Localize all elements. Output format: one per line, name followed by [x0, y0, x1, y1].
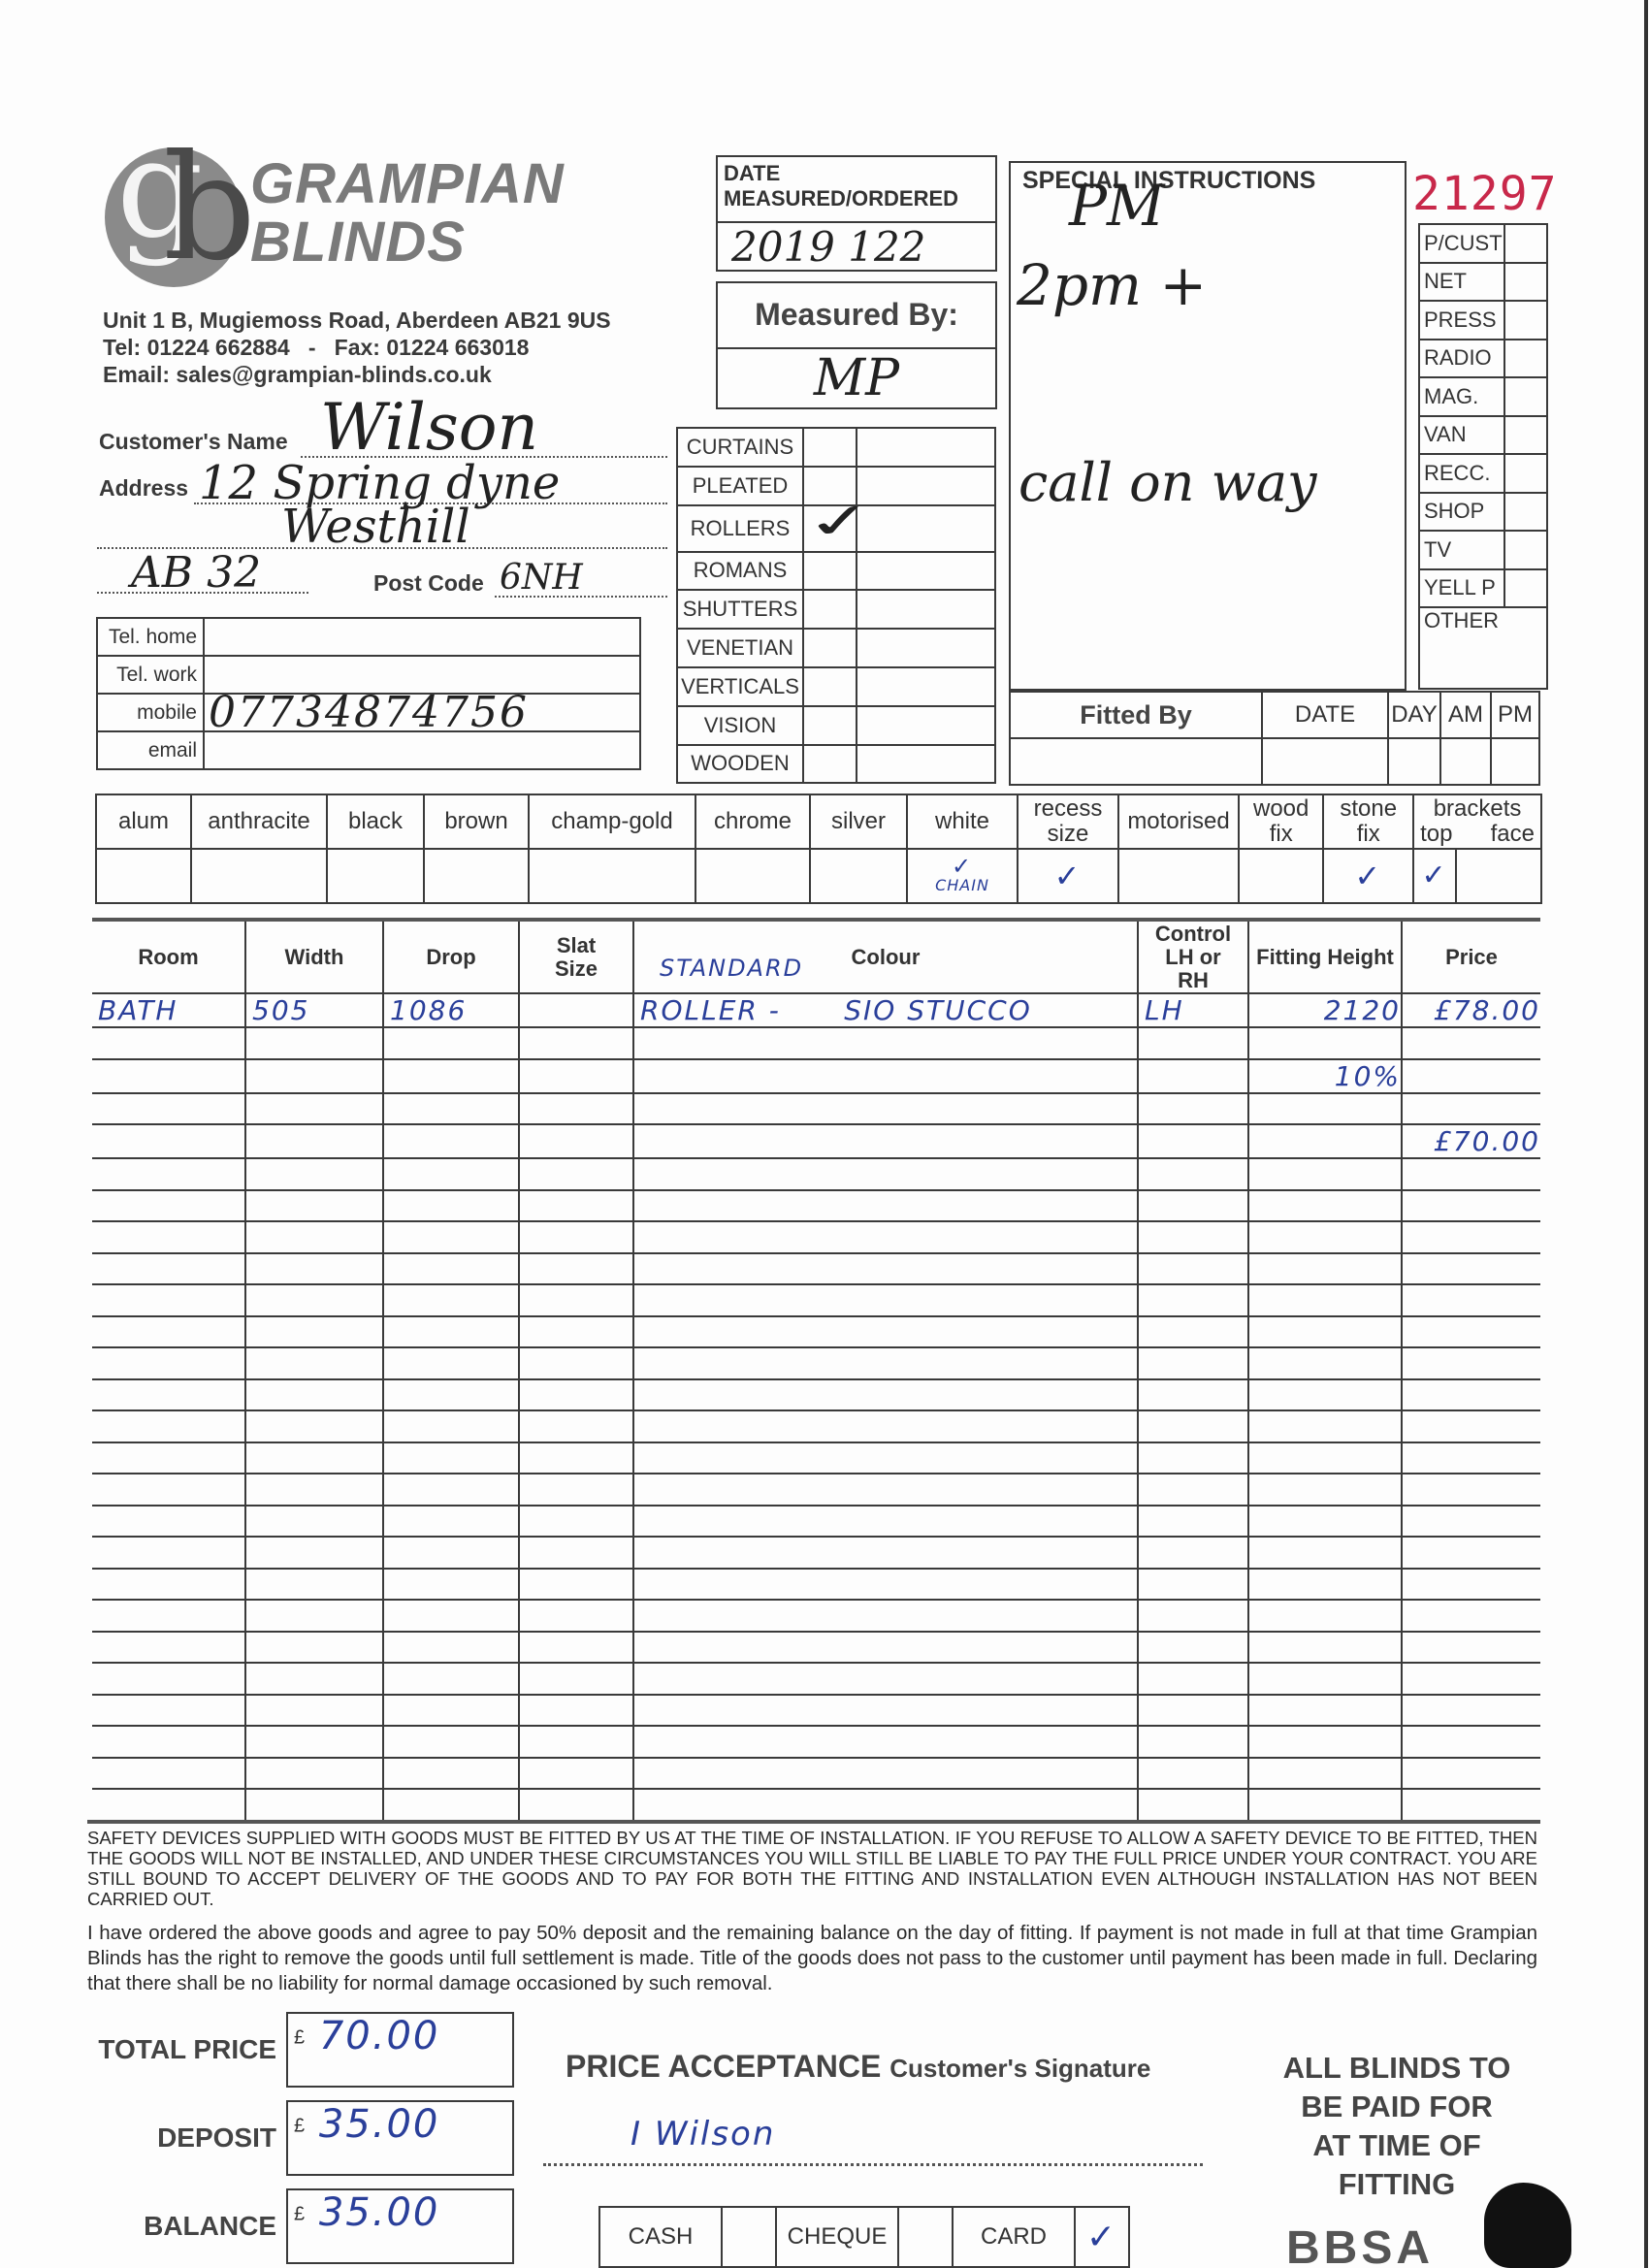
cell-control[interactable] [1138, 1347, 1248, 1379]
cell-fitting-height[interactable] [1248, 1695, 1402, 1727]
options-header-row: alum anthracite black brown champ-gold c… [96, 794, 1541, 849]
payment-card-checkbox[interactable]: ✓ [1075, 2207, 1129, 2267]
lead-source-label: TV [1419, 531, 1504, 569]
cell-room[interactable] [92, 1726, 245, 1758]
cell-fitting-height[interactable] [1248, 1316, 1402, 1348]
cell-room[interactable] [92, 1379, 245, 1411]
blind-type-notes[interactable] [857, 428, 995, 467]
cell-fitting-height[interactable] [1248, 1789, 1402, 1821]
cell-slat-size[interactable] [519, 1600, 633, 1632]
cell-fitting-height[interactable] [1248, 1027, 1402, 1059]
cell-slat-size[interactable] [519, 1284, 633, 1316]
cell-control[interactable] [1138, 1093, 1248, 1125]
cell-width[interactable] [245, 1093, 383, 1125]
cell-width[interactable] [245, 1663, 383, 1695]
cell-price[interactable] [1402, 1632, 1540, 1664]
cell-control[interactable] [1138, 1569, 1248, 1601]
cell-drop[interactable] [383, 1253, 519, 1285]
cell-control[interactable] [1138, 1124, 1248, 1158]
cell-width[interactable] [245, 1569, 383, 1601]
blind-type-row: VENETIAN [677, 629, 995, 667]
cell-room[interactable] [92, 1506, 245, 1538]
cell-price[interactable] [1402, 1158, 1540, 1190]
cell-fitting-height[interactable] [1248, 1537, 1402, 1569]
cell-slat-size[interactable] [519, 1663, 633, 1695]
postcode-label: Post Code [373, 570, 484, 597]
cell-control[interactable] [1138, 1158, 1248, 1190]
cell-fitting-height[interactable] [1248, 1474, 1402, 1506]
special-instruction-line: 2pm + [1017, 252, 1207, 318]
cell-colour[interactable] [633, 1537, 1138, 1569]
cell-width[interactable] [245, 1726, 383, 1758]
cell-drop[interactable] [383, 1695, 519, 1727]
cell-price[interactable]: £78.00 [1402, 993, 1540, 1027]
lead-source-checkbox[interactable] [1504, 454, 1547, 493]
cell-slat-size[interactable] [519, 1632, 633, 1664]
cell-fitting-height[interactable] [1248, 1758, 1402, 1790]
postcode-value[interactable]: 6NH [500, 558, 583, 598]
cell-control[interactable]: LH [1138, 993, 1248, 1027]
cell-fitting-height[interactable] [1248, 1442, 1402, 1474]
cell-price[interactable] [1402, 1695, 1540, 1727]
cell-slat-size[interactable] [519, 1537, 633, 1569]
cell-price[interactable] [1402, 1284, 1540, 1316]
cell-price[interactable] [1402, 1600, 1540, 1632]
lead-source-checkbox[interactable] [1504, 531, 1547, 569]
cell-room[interactable] [92, 1474, 245, 1506]
cell-control[interactable] [1138, 1632, 1248, 1664]
cell-drop[interactable] [383, 1124, 519, 1158]
cell-control[interactable] [1138, 1379, 1248, 1411]
lead-source-other[interactable]: OTHER [1419, 607, 1547, 689]
cell-fitting-height[interactable] [1248, 1124, 1402, 1158]
fitting-am-field[interactable] [1440, 738, 1491, 785]
cell-room[interactable] [92, 1221, 245, 1253]
balance-field[interactable]: £ 35.00 [286, 2188, 514, 2264]
fitting-pm-field[interactable] [1491, 738, 1539, 785]
cell-room[interactable] [92, 1158, 245, 1190]
recess-size-field[interactable]: ✓ [1018, 849, 1118, 903]
blind-type-notes[interactable] [857, 629, 995, 667]
cell-slat-size[interactable] [519, 1442, 633, 1474]
cell-fitting-height[interactable] [1248, 1158, 1402, 1190]
date-value[interactable]: 2019 122 [718, 223, 995, 272]
cell-drop[interactable] [383, 1059, 519, 1093]
option-chrome: chrome [695, 794, 810, 849]
address-value-3[interactable]: AB 32 [131, 548, 261, 598]
cell-drop[interactable] [383, 1190, 519, 1222]
cell-room[interactable] [92, 1059, 245, 1093]
cell-fitting-height[interactable] [1248, 1663, 1402, 1695]
anthracite-field[interactable] [191, 849, 327, 903]
white-field[interactable]: ✓ CHAIN [907, 849, 1018, 903]
cell-colour[interactable] [633, 1221, 1138, 1253]
lead-source-checkbox[interactable] [1504, 263, 1547, 302]
special-instructions-box[interactable]: SPECIAL INSTRUCTIONS PM 2pm + call on wa… [1009, 161, 1406, 691]
cell-slat-size[interactable] [519, 1474, 633, 1506]
cell-room[interactable] [92, 1537, 245, 1569]
option-silver: silver [810, 794, 907, 849]
cell-slat-size[interactable] [519, 1027, 633, 1059]
lead-source-checkbox[interactable] [1504, 340, 1547, 378]
cell-fitting-height[interactable] [1248, 1726, 1402, 1758]
total-price-field[interactable]: £ 70.00 [286, 2012, 514, 2088]
cell-drop[interactable] [383, 1726, 519, 1758]
cell-drop[interactable] [383, 1027, 519, 1059]
lead-source-table: P/CUST NET PRESS RADIO MAG. VAN RECC. SH… [1418, 223, 1548, 690]
wood-fix-field[interactable] [1239, 849, 1323, 903]
cell-price[interactable] [1402, 1569, 1540, 1601]
cell-control[interactable] [1138, 1190, 1248, 1222]
cell-colour[interactable] [633, 1506, 1138, 1538]
cell-slat-size[interactable] [519, 1569, 633, 1601]
cell-control[interactable] [1138, 1789, 1248, 1821]
mobile-field[interactable]: 07734874756 [204, 694, 640, 731]
cell-control[interactable] [1138, 1600, 1248, 1632]
cell-colour[interactable] [633, 1726, 1138, 1758]
cell-colour[interactable] [633, 1093, 1138, 1125]
table-row [92, 1506, 1540, 1538]
cell-fitting-height[interactable] [1248, 1253, 1402, 1285]
cell-drop[interactable] [383, 1569, 519, 1601]
cell-fitting-height[interactable] [1248, 1506, 1402, 1538]
cell-price[interactable] [1402, 1537, 1540, 1569]
lead-source-checkbox[interactable] [1504, 224, 1547, 263]
cell-colour[interactable] [633, 1253, 1138, 1285]
brown-field[interactable] [424, 849, 529, 903]
cell-slat-size[interactable] [519, 1506, 633, 1538]
cell-control[interactable] [1138, 1316, 1248, 1348]
blind-type-notes[interactable] [857, 467, 995, 505]
cell-price[interactable] [1402, 1663, 1540, 1695]
cell-drop[interactable] [383, 1758, 519, 1790]
cell-width[interactable] [245, 1284, 383, 1316]
cell-width[interactable] [245, 1537, 383, 1569]
cell-width[interactable] [245, 1758, 383, 1790]
cell-slat-size[interactable] [519, 1789, 633, 1821]
motorised-field[interactable] [1118, 849, 1239, 903]
cell-colour[interactable] [633, 1379, 1138, 1411]
cell-drop[interactable] [383, 1221, 519, 1253]
blind-type-notes[interactable] [857, 590, 995, 629]
cell-room[interactable] [92, 1253, 245, 1285]
cell-width[interactable] [245, 1316, 383, 1348]
deposit-row: DEPOSIT £ 35.00 [82, 2100, 514, 2176]
cell-colour[interactable] [633, 1316, 1138, 1348]
cell-room[interactable] [92, 1316, 245, 1348]
lead-source-row: RADIO [1419, 340, 1547, 378]
cell-colour[interactable] [633, 1284, 1138, 1316]
fitting-day-field[interactable] [1388, 738, 1440, 785]
cell-fitting-height[interactable] [1248, 1600, 1402, 1632]
bbsa-logo: BBSA [1286, 2221, 1434, 2268]
cell-drop[interactable] [383, 1347, 519, 1379]
cell-slat-size[interactable] [519, 1379, 633, 1411]
cell-width[interactable] [245, 1059, 383, 1093]
cell-room[interactable] [92, 1190, 245, 1222]
cell-drop[interactable]: 1086 [383, 993, 519, 1027]
cell-fitting-height[interactable] [1248, 1347, 1402, 1379]
cell-price[interactable] [1402, 1190, 1540, 1222]
cell-width[interactable] [245, 1506, 383, 1538]
cell-colour[interactable] [633, 1124, 1138, 1158]
cell-width[interactable] [245, 1221, 383, 1253]
cell-control[interactable] [1138, 1442, 1248, 1474]
cell-room[interactable]: BATH [92, 993, 245, 1027]
blind-type-notes[interactable] [857, 745, 995, 784]
contact-label: email [97, 731, 204, 769]
cell-colour[interactable] [633, 1663, 1138, 1695]
cell-price[interactable] [1402, 1253, 1540, 1285]
address-value-2[interactable]: Westhill [281, 500, 470, 554]
cell-slat-size[interactable] [519, 1316, 633, 1348]
cell-room[interactable] [92, 1600, 245, 1632]
lead-source-checkbox[interactable] [1504, 377, 1547, 416]
cell-fitting-height[interactable] [1248, 1410, 1402, 1442]
cell-control[interactable] [1138, 1284, 1248, 1316]
cell-slat-size[interactable] [519, 1695, 633, 1727]
cell-price[interactable] [1402, 1093, 1540, 1125]
cell-width[interactable] [245, 1253, 383, 1285]
cell-width[interactable] [245, 1410, 383, 1442]
blind-type-notes[interactable] [857, 706, 995, 745]
cell-fitting-height[interactable] [1248, 1284, 1402, 1316]
measured-by-value[interactable]: MP [718, 349, 995, 407]
lead-source-checkbox[interactable] [1504, 301, 1547, 340]
deposit-field[interactable]: £ 35.00 [286, 2100, 514, 2176]
cell-price[interactable] [1402, 1027, 1540, 1059]
stone-fix-field[interactable]: ✓ [1323, 849, 1413, 903]
cell-fitting-height[interactable] [1248, 1632, 1402, 1664]
cell-drop[interactable] [383, 1379, 519, 1411]
customer-name-value[interactable]: Wilson [320, 390, 538, 465]
cell-price[interactable] [1402, 1221, 1540, 1253]
payment-card-label: CARD [953, 2207, 1075, 2267]
total-price-row: TOTAL PRICE £ 70.00 [82, 2012, 514, 2088]
cell-colour[interactable] [633, 1059, 1138, 1093]
cell-width[interactable] [245, 1632, 383, 1664]
cell-slat-size[interactable] [519, 1190, 633, 1222]
cell-room[interactable] [92, 1569, 245, 1601]
cell-fitting-height[interactable] [1248, 1569, 1402, 1601]
cell-width[interactable] [245, 1027, 383, 1059]
cell-slat-size[interactable] [519, 1410, 633, 1442]
cell-slat-size[interactable] [519, 1221, 633, 1253]
cell-colour[interactable] [633, 1027, 1138, 1059]
company-tel-fax: Tel: 01224 662884 - Fax: 01224 663018 [103, 334, 611, 361]
blind-type-checkbox[interactable] [803, 745, 857, 784]
cell-colour[interactable] [633, 1474, 1138, 1506]
cell-colour[interactable] [633, 1158, 1138, 1190]
cell-fitting-height[interactable] [1248, 1093, 1402, 1125]
blind-type-notes[interactable] [857, 552, 995, 591]
fitted-by-field[interactable] [1010, 738, 1262, 785]
cell-colour[interactable] [633, 1632, 1138, 1664]
cell-price[interactable] [1402, 1316, 1540, 1348]
lead-source-label: P/CUST [1419, 224, 1504, 263]
blind-type-checkbox[interactable] [803, 667, 857, 706]
cell-price[interactable] [1402, 1347, 1540, 1379]
cell-room[interactable] [92, 1758, 245, 1790]
cell-fitting-height[interactable] [1248, 1379, 1402, 1411]
cell-slat-size[interactable] [519, 1347, 633, 1379]
cell-colour[interactable] [633, 1442, 1138, 1474]
cell-control[interactable] [1138, 1059, 1248, 1093]
cell-control[interactable] [1138, 1537, 1248, 1569]
cell-colour[interactable] [633, 1190, 1138, 1222]
cell-drop[interactable] [383, 1410, 519, 1442]
cell-price[interactable] [1402, 1410, 1540, 1442]
champ-gold-field[interactable] [529, 849, 695, 903]
customer-signature[interactable]: I Wilson [630, 2115, 775, 2154]
payment-cheque-checkbox[interactable] [898, 2207, 953, 2267]
cell-width[interactable] [245, 1347, 383, 1379]
cell-drop[interactable] [383, 1632, 519, 1664]
blind-type-checkbox[interactable] [803, 590, 857, 629]
cell-fitting-height[interactable]: 10% [1248, 1059, 1402, 1093]
cell-width[interactable] [245, 1158, 383, 1190]
alum-field[interactable] [96, 849, 191, 903]
cell-slat-size[interactable] [519, 1253, 633, 1285]
cell-fitting-height[interactable] [1248, 1190, 1402, 1222]
blind-type-label: VENETIAN [677, 629, 803, 667]
brackets-top-field[interactable]: ✓ [1413, 849, 1456, 903]
cell-colour[interactable] [633, 1600, 1138, 1632]
option-wood-fix: wood fix [1239, 794, 1323, 849]
cell-drop[interactable] [383, 1316, 519, 1348]
cell-control[interactable] [1138, 1027, 1248, 1059]
cell-control[interactable] [1138, 1410, 1248, 1442]
cell-colour[interactable] [633, 1410, 1138, 1442]
blind-type-checkbox-checked[interactable]: ✓ [803, 505, 857, 552]
silver-field[interactable] [810, 849, 907, 903]
cell-width[interactable] [245, 1695, 383, 1727]
fitting-date-field[interactable] [1262, 738, 1388, 785]
cell-width[interactable] [245, 1124, 383, 1158]
cell-price[interactable]: £70.00 [1402, 1124, 1540, 1158]
cell-control[interactable] [1138, 1726, 1248, 1758]
cell-slat-size[interactable] [519, 1726, 633, 1758]
brackets-face-field[interactable] [1456, 849, 1541, 903]
cell-price[interactable] [1402, 1506, 1540, 1538]
cell-room[interactable] [92, 1093, 245, 1125]
brackets-top-label: top [1420, 822, 1452, 847]
cell-drop[interactable] [383, 1537, 519, 1569]
cell-price[interactable] [1402, 1059, 1540, 1093]
option-anthracite: anthracite [191, 794, 327, 849]
blind-type-checkbox[interactable] [803, 428, 857, 467]
chrome-field[interactable] [695, 849, 810, 903]
cell-colour[interactable]: ROLLER - SIO STUCCO [633, 993, 1138, 1027]
cell-fitting-height[interactable] [1248, 1221, 1402, 1253]
fitting-day-label: DAY [1388, 692, 1440, 738]
lead-source-checkbox[interactable] [1504, 569, 1547, 608]
cell-drop[interactable] [383, 1789, 519, 1821]
cell-drop[interactable] [383, 1600, 519, 1632]
blind-type-checkbox[interactable] [803, 629, 857, 667]
payment-cash-checkbox[interactable] [722, 2207, 776, 2267]
cell-price[interactable] [1402, 1726, 1540, 1758]
cell-width[interactable] [245, 1190, 383, 1222]
cell-width[interactable] [245, 1600, 383, 1632]
blind-type-checkbox[interactable] [803, 552, 857, 591]
cell-price[interactable] [1402, 1758, 1540, 1790]
tel-home-field[interactable] [204, 618, 640, 656]
cell-width[interactable] [245, 1379, 383, 1411]
cell-room[interactable] [92, 1027, 245, 1059]
cell-slat-size[interactable] [519, 1059, 633, 1093]
cell-room[interactable] [92, 1632, 245, 1664]
cell-colour[interactable] [633, 1347, 1138, 1379]
cell-control[interactable] [1138, 1221, 1248, 1253]
lead-source-checkbox[interactable] [1504, 416, 1547, 455]
cell-width[interactable] [245, 1789, 383, 1821]
cell-price[interactable] [1402, 1379, 1540, 1411]
cell-control[interactable] [1138, 1695, 1248, 1727]
cell-slat-size[interactable] [519, 1124, 633, 1158]
cell-drop[interactable] [383, 1093, 519, 1125]
cell-colour[interactable] [633, 1569, 1138, 1601]
contact-label: mobile [97, 694, 204, 731]
blind-type-checkbox[interactable] [803, 706, 857, 745]
cell-colour[interactable] [633, 1695, 1138, 1727]
cell-control[interactable] [1138, 1253, 1248, 1285]
page-edge [1644, 0, 1648, 2268]
cell-room[interactable] [92, 1124, 245, 1158]
blind-type-notes[interactable] [857, 667, 995, 706]
cell-colour[interactable] [633, 1758, 1138, 1790]
cell-colour[interactable] [633, 1789, 1138, 1821]
cell-drop[interactable] [383, 1663, 519, 1695]
cell-room[interactable] [92, 1663, 245, 1695]
cell-width[interactable] [245, 1474, 383, 1506]
cell-drop[interactable] [383, 1442, 519, 1474]
cell-drop[interactable] [383, 1474, 519, 1506]
cell-slat-size[interactable] [519, 1758, 633, 1790]
black-field[interactable] [327, 849, 424, 903]
cell-slat-size[interactable] [519, 1158, 633, 1190]
email-field[interactable] [204, 731, 640, 769]
cell-room[interactable] [92, 1789, 245, 1821]
cell-width[interactable]: 505 [245, 993, 383, 1027]
cell-control[interactable] [1138, 1758, 1248, 1790]
cell-control[interactable] [1138, 1663, 1248, 1695]
cell-drop[interactable] [383, 1506, 519, 1538]
safety-terms: SAFETY DEVICES SUPPLIED WITH GOODS MUST … [87, 1828, 1537, 1909]
cell-drop[interactable] [383, 1284, 519, 1316]
cell-slat-size[interactable] [519, 993, 633, 1027]
cell-control[interactable] [1138, 1506, 1248, 1538]
cell-price[interactable] [1402, 1789, 1540, 1821]
option-recess-size: recess size [1018, 794, 1118, 849]
cell-slat-size[interactable] [519, 1093, 633, 1125]
col-width: Width [245, 922, 383, 993]
cell-control[interactable] [1138, 1474, 1248, 1506]
lead-source-checkbox[interactable] [1504, 493, 1547, 532]
cell-price[interactable] [1402, 1442, 1540, 1474]
cell-drop[interactable] [383, 1158, 519, 1190]
cell-room[interactable] [92, 1695, 245, 1727]
cell-fitting-height[interactable]: 2120 [1248, 993, 1402, 1027]
cell-room[interactable] [92, 1410, 245, 1442]
cell-price[interactable] [1402, 1474, 1540, 1506]
lead-source-row: VAN [1419, 416, 1547, 455]
cell-width[interactable] [245, 1442, 383, 1474]
cell-room[interactable] [92, 1284, 245, 1316]
cell-room[interactable] [92, 1347, 245, 1379]
cell-room[interactable] [92, 1442, 245, 1474]
lead-source-label: RECC. [1419, 454, 1504, 493]
